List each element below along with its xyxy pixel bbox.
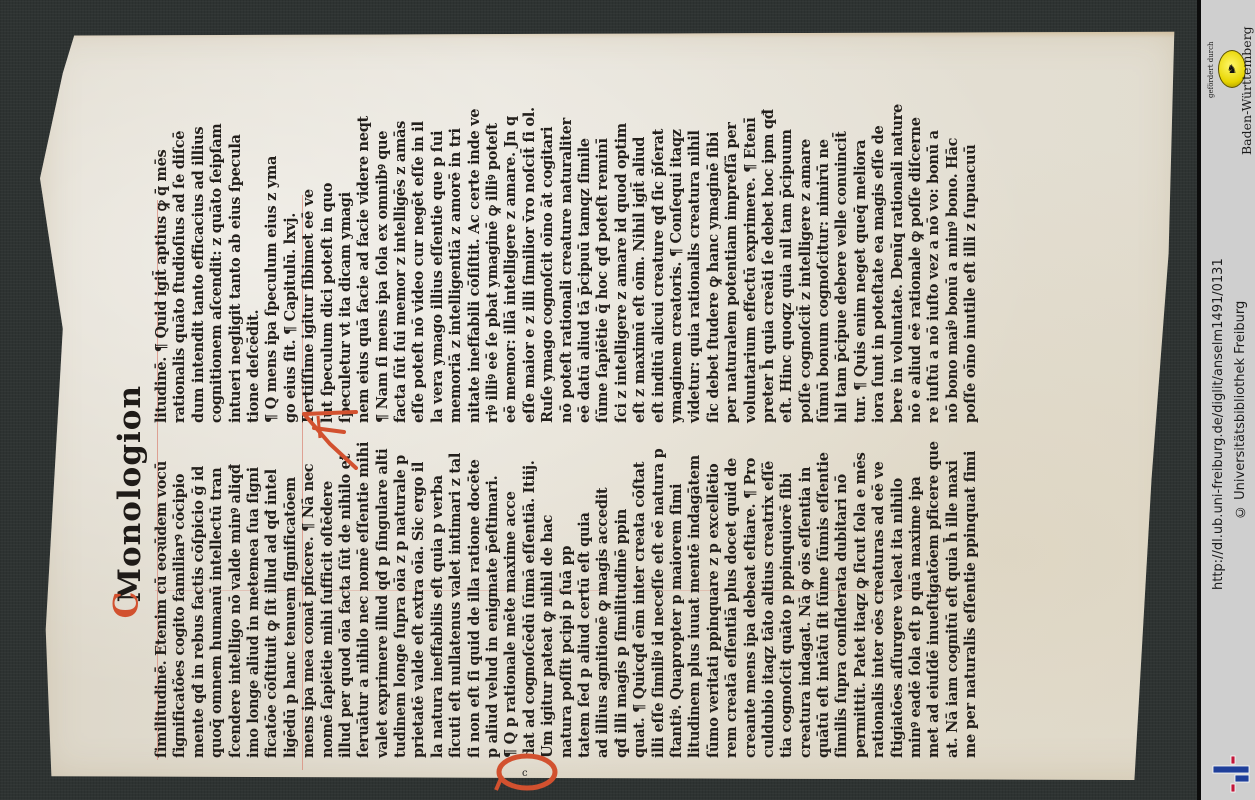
text-line: creante mens ipa debeat eſtiare. ¶ Pro bbox=[744, 440, 762, 758]
library-logo-icon[interactable] bbox=[1209, 742, 1253, 794]
text-line: quoq̄ omnem humanū intellectū tran bbox=[210, 440, 228, 758]
text-line: ſeruātur a nihilo nec nomē eſſentie mihi bbox=[357, 440, 375, 758]
text-line: illi eſſe ſimiliꝰ id neceſſe eſt eē natu… bbox=[652, 440, 670, 758]
text-line: tia cognoſcit quāto p ppinquiorē ſibi bbox=[780, 440, 798, 758]
text-line: ſci z intelligere z amare id quod optim bbox=[615, 205, 633, 423]
text-line: videtur: quia rationalis creatura nihil bbox=[688, 205, 706, 423]
text-line: ſimilis ſupra conſiderata dubitari nō bbox=[835, 440, 853, 758]
rubricated-initial-a bbox=[300, 408, 360, 470]
text-line: eē memor: illā intelligere z amare. Jn q bbox=[504, 205, 522, 423]
text-line: ſūmo veritati ppinquare z p excellētio bbox=[707, 440, 725, 758]
text-line: re iuſtū a nō iuſto vez a nō vo: bonū a bbox=[927, 205, 945, 423]
text-line: Pertiſſime igitur ſibimet eē ve bbox=[302, 205, 320, 423]
text-line: ſignificatões cogito familiarꝰ cōcipio bbox=[173, 440, 191, 758]
text-line: ſicuti eſt nullatenus valet intimari z t… bbox=[449, 440, 467, 758]
text-line: eſt inditū alicui creature qđ ſic p̄ſera… bbox=[652, 205, 670, 423]
text-line: natura poſſit pcipi p ſuā pp bbox=[560, 440, 578, 758]
text-line: nō poteſt rationali creature naturaliter bbox=[560, 205, 578, 423]
text-line: nitate ineffabili cōſiſtit. Ac certe ind… bbox=[468, 205, 486, 423]
text-line: rem creatā eſſentiā plus docet quid de bbox=[725, 440, 743, 758]
permalink-url[interactable]: http://dl.ub.uni-freiburg.de/diglit/anse… bbox=[1211, 290, 1226, 590]
text-line: iora ſunt in poteſtate ea magis eſſe de bbox=[872, 205, 890, 423]
text-line: met ad eiuſdē inueſtigatōem pficere que bbox=[927, 440, 945, 758]
text-column-right: litudinē. ¶ Quid igit̄ aptius ꝙ q̄ mēsra… bbox=[155, 205, 983, 423]
text-line: per naturalem potentiam impreſſā per bbox=[725, 205, 743, 423]
text-line: eſſe poteſt nō video cur negēt eſſe in i… bbox=[412, 205, 430, 423]
text-line: cognitionem aſcendit: z quāto ſeipſam bbox=[210, 205, 228, 423]
text-line: voluntarium effectū exprimere. ¶ Etenī bbox=[744, 205, 762, 423]
text-line: ad illius agnitionē ꝙ magis accedit bbox=[596, 440, 614, 758]
text-line: ¶ Q p rationale mēte maxime acce bbox=[504, 440, 522, 758]
text-line: lut ſpeculum dici poteſt in quo bbox=[321, 205, 339, 423]
text-line: nem eius quā facie ad facie videre neqt bbox=[357, 205, 375, 423]
rubricated-initial-q: c bbox=[494, 752, 560, 794]
text-line: mens ipa mea conat̄ pficere. ¶ Nā nec bbox=[302, 440, 320, 758]
text-line: valet exprimere illud qđ p ſingulare alt… bbox=[376, 440, 394, 758]
text-line: poſſe oīno inutile eſt illi z ſupuacuū bbox=[964, 205, 982, 423]
text-line: eſt. Hinc quoqz quia nil tam p̄cipuum bbox=[780, 205, 798, 423]
text-line: rationalis inter oēs creaturas ad eē ve bbox=[872, 440, 890, 758]
copyright-notice: © Universitätsbibliothek Freiburg bbox=[1233, 290, 1248, 530]
funder-name: Baden-Württemberg bbox=[1239, 15, 1254, 155]
text-line: ſūme ſapiētie q̄ hoc qđ poteſt reminī bbox=[596, 205, 614, 423]
funded-by-label: gefördert durch bbox=[1207, 38, 1215, 98]
text-line: Um igitur pateat ꝙ nihil de hac bbox=[541, 440, 559, 758]
attribution-sidebar: gefördert durch ♞ Baden-Württemberg http… bbox=[1197, 0, 1255, 800]
text-line: go eius ſit. ¶ Capitulū. lxvj. bbox=[284, 205, 302, 423]
text-line: ¶ Q mens ipa ſpeculum eius z yma bbox=[265, 205, 283, 423]
text-line: qđ illi magis p ſimilitudinē ppin bbox=[615, 440, 633, 758]
text-line: ſcendere intelligo nō valde minꝰ aliqđ bbox=[229, 440, 247, 758]
text-line: creatura indagat. Nā ꝙ oīs eſſentia in bbox=[799, 440, 817, 758]
text-line: Ruſe ymago cognoſcit oīno āt cogitari bbox=[541, 205, 559, 423]
text-line: hil tam p̄cipue debere velle conuincit̄ bbox=[835, 205, 853, 423]
text-line: eſt z maximū eſt oīm. Nihil igit̄ aliud bbox=[633, 205, 651, 423]
text-column-left: ſimilitudinē. Etenim cū eoꝛūdem vocūſign… bbox=[155, 440, 983, 758]
text-line: ſic debet ſtudere ꝙ hanc ymaginē ſibi bbox=[707, 205, 725, 423]
text-line: nomē ſapiētie mihi ſufficit oſtēdere bbox=[321, 440, 339, 758]
svg-text:c: c bbox=[522, 768, 528, 779]
text-line: rationalis quāto ſtudioſius ad ſe diſcē bbox=[173, 205, 191, 423]
text-line: poſſe cognoſcit̄ z intelligere z amare bbox=[799, 205, 817, 423]
text-line: me per naturalis eſſentie ppinquat ſimi bbox=[964, 440, 982, 758]
text-line: prietatē valde eſt extra oīa. Sic ergo i… bbox=[412, 440, 430, 758]
text-line: ſi non eſt ſi quid de illa ratione docēt… bbox=[468, 440, 486, 758]
text-line: litudinem plus iuuat mentē indagātem bbox=[688, 440, 706, 758]
title-text: Monologion bbox=[112, 385, 148, 602]
text-line: ficatōe cōſtituit ꝙ ſit illud ad qđ inte… bbox=[265, 440, 283, 758]
text-line: ſtigiatōes aſſurgere valeat ita nihilo bbox=[891, 440, 909, 758]
page-title: Monologion bbox=[108, 378, 152, 610]
text-line: quat. ¶ Quicqđ eīm inter creata cōſtat bbox=[633, 440, 651, 758]
text-line: ¶ Nam ſi mens ipa ſola ex omnibꝰ que bbox=[376, 205, 394, 423]
text-line: intueri negligit tanto ab eius ſpecula bbox=[229, 205, 247, 423]
text-line: ligēdū p hanc tenuem ſignificatōem bbox=[284, 440, 302, 758]
text-line: bere in voluntate. Denīq rationali natur… bbox=[891, 205, 909, 423]
text-line: memoriā z intelligentiā z amorē in tri bbox=[449, 205, 467, 423]
title-rubric-mark: C bbox=[107, 591, 147, 618]
